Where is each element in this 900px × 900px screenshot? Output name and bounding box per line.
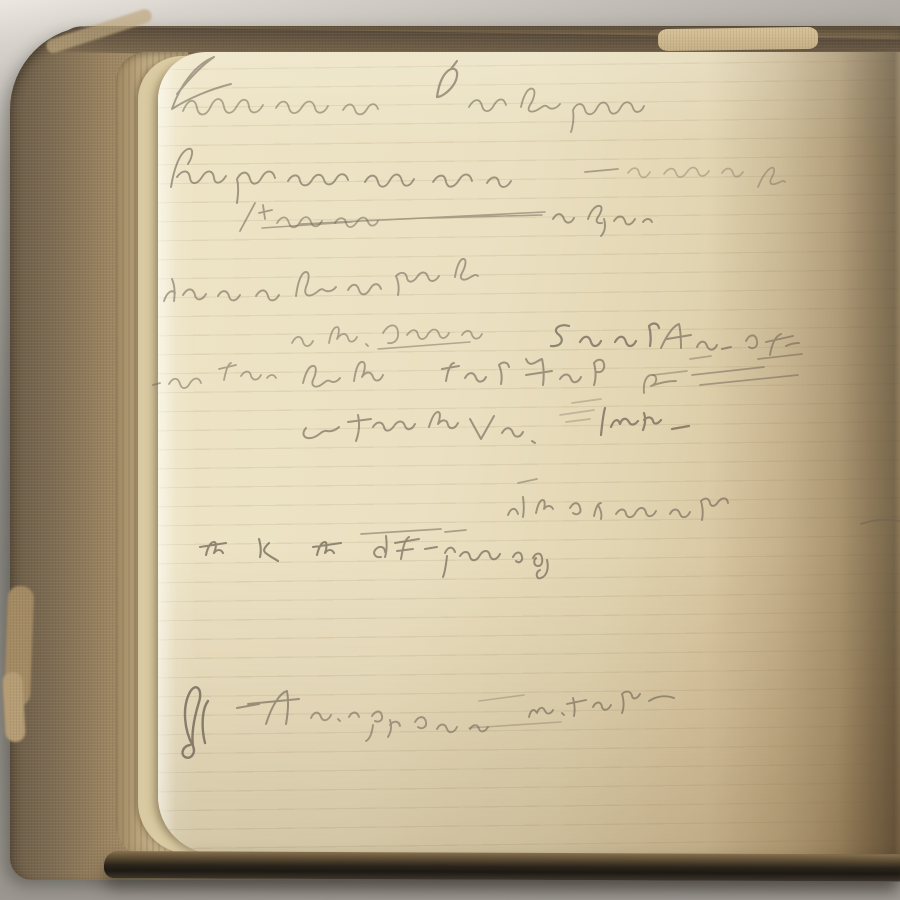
notebook-photo [0,0,900,900]
cover-bottom-edge [104,851,900,881]
gutter-shadow [707,52,900,854]
page-curl-highlight [158,52,176,854]
notebook-page [158,52,900,854]
cover-frayed-edge [2,672,26,743]
page-shading [158,52,900,854]
cover-tape-patch [658,27,818,51]
ruled-lines [158,52,900,854]
cover-corner-wear [45,7,154,54]
